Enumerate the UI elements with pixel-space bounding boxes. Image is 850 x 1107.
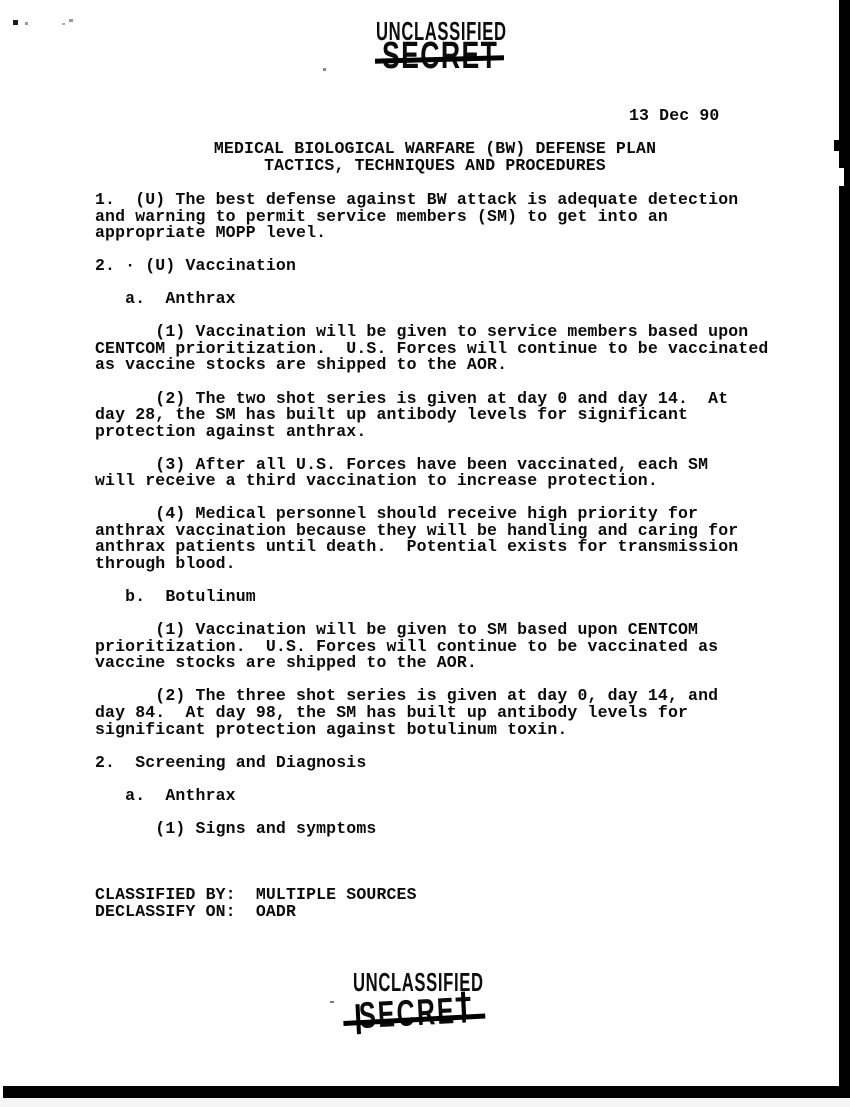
- scan-edge-notch: [838, 168, 844, 186]
- secret-stamp-top-struck: SECRET: [380, 35, 540, 77]
- secret-stamp-bottom-text: SECRET: [358, 989, 474, 1037]
- scan-edge-artifact: [834, 140, 840, 151]
- document-body-text: 1. (U) The best defense against BW attac…: [95, 192, 768, 837]
- scan-speck: [69, 19, 73, 22]
- scan-speck: [330, 1001, 334, 1003]
- scan-margin-strip: [0, 1098, 850, 1107]
- document-title: MEDICAL BIOLOGICAL WARFARE (BW) DEFENSE …: [95, 141, 775, 174]
- scan-speck: [323, 68, 326, 71]
- secret-stamp-bottom-struck: SECRET: [342, 988, 504, 1044]
- document-page: UNCLASSIFIED SECRET 13 Dec 90 MEDICAL BI…: [0, 0, 850, 1107]
- scan-edge-bar-right: [839, 0, 850, 1097]
- document-date: 13 Dec 90: [629, 106, 719, 125]
- classification-footer: CLASSIFIED BY: MULTIPLE SOURCES DECLASSI…: [95, 887, 417, 920]
- scan-edge-bar-bottom: [3, 1086, 850, 1098]
- scan-speck: [13, 20, 18, 25]
- scan-speck: [62, 23, 65, 25]
- scan-speck: [25, 22, 28, 25]
